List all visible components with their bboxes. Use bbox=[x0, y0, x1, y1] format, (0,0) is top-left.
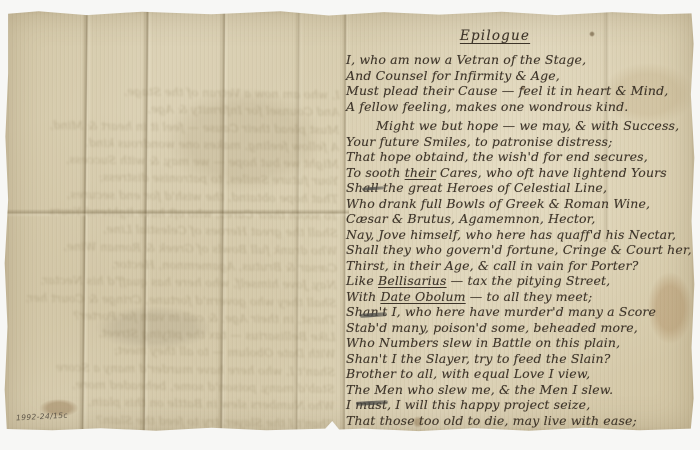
fold-crease bbox=[139, 7, 153, 435]
poem-line: Shan't I the Slayer, try to feed the Sla… bbox=[346, 351, 684, 367]
poem-line: Who drank full Bowls of Greek & Roman Wi… bbox=[346, 196, 684, 212]
poem-title: Epilogue bbox=[346, 28, 684, 48]
fold-crease-horizontal bbox=[4, 209, 349, 217]
poem-line: Your future Smiles, to patronise distres… bbox=[346, 134, 684, 150]
poem-line: And Counsel for Infirmity & Age, bbox=[346, 68, 684, 84]
poem-line: The Men who slew me, & the Men I slew. bbox=[346, 382, 684, 398]
poem-line: Shall they who govern'd fortune, Cringe … bbox=[346, 242, 684, 258]
poem-line: I must, I will this happy project seize, bbox=[346, 397, 684, 413]
poem-line: That hope obtaind, the wish'd for end se… bbox=[346, 149, 684, 165]
fold-crease bbox=[78, 7, 92, 435]
poem-line: Like Bellisarius — tax the pitying Stree… bbox=[346, 273, 684, 289]
manuscript-page: I, who am now a Vetran of the Stage,And … bbox=[4, 10, 695, 432]
poem-line: Nay, Jove himself, who here has quaff'd … bbox=[346, 227, 684, 243]
poem-line: That those too old to die, may live with… bbox=[346, 413, 684, 429]
bleedthrough-text: I, who am now a Vetran of the Stage,And … bbox=[7, 81, 340, 435]
poem-lines: I, who am now a Vetran of the Stage,And … bbox=[346, 52, 684, 428]
poem-line: Shan't I, who here have murder'd many a … bbox=[346, 304, 684, 320]
poem-line: Stab'd many, poison'd some, beheaded mor… bbox=[346, 320, 684, 336]
poem-line: To sooth their Cares, who oft have light… bbox=[346, 165, 684, 181]
poem-line: With Date Obolum — to all they meet; bbox=[346, 289, 684, 305]
poem-line: Who Numbers slew in Battle on this plain… bbox=[346, 335, 684, 351]
poem-line: Brother to all, with equal Love I view, bbox=[346, 366, 684, 382]
poem-line: Must plead their Cause — feel it in hear… bbox=[346, 83, 684, 99]
fold-crease bbox=[217, 7, 230, 435]
poem-line: I, who am now a Vetran of the Stage, bbox=[346, 52, 684, 68]
poem-line: Cæsar & Brutus, Agamemnon, Hector, bbox=[346, 211, 684, 227]
poem-line: Thirst, in their Age, & call in vain for… bbox=[346, 258, 684, 274]
poem-line: Might we but hope — we may, & with Succe… bbox=[346, 118, 684, 134]
photo-background: I, who am now a Vetran of the Stage,And … bbox=[0, 0, 700, 450]
poem-text: Epilogue I, who am now a Vetran of the S… bbox=[346, 28, 684, 428]
poem-line: A fellow feeling, makes one wondrous kin… bbox=[346, 99, 684, 115]
catalog-number: 1992-24/15c bbox=[16, 411, 68, 423]
poem-line: Shall the great Heroes of Celestial Line… bbox=[346, 180, 684, 196]
fold-crease bbox=[292, 7, 304, 435]
